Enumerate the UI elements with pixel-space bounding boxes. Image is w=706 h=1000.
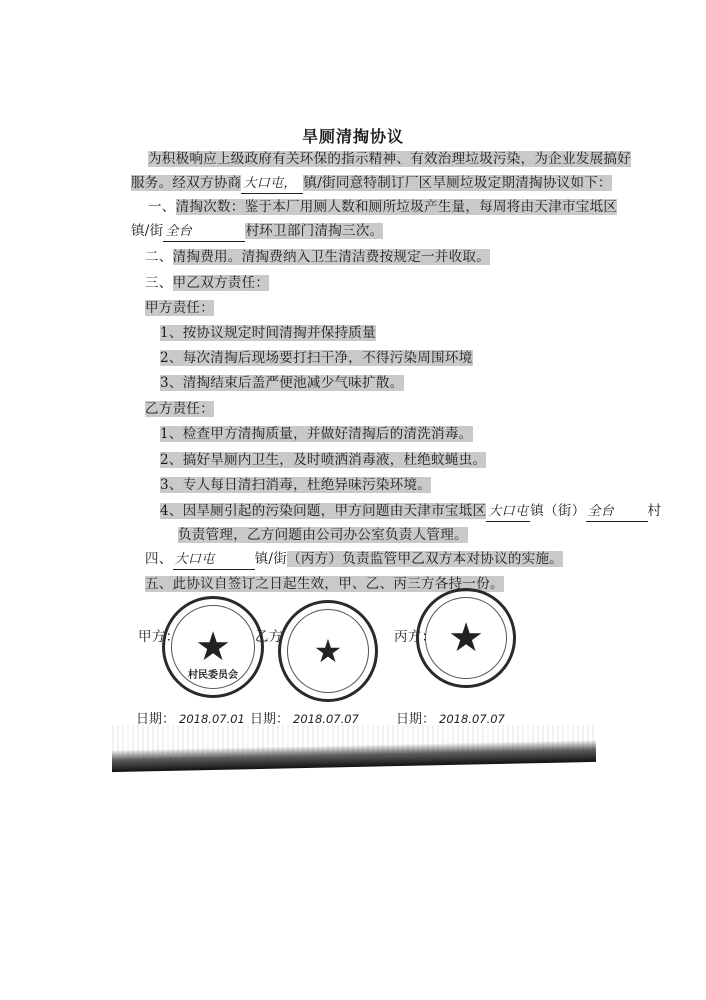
clause-1-line-2: 镇/街全台村环卫部门清掏三次。 (131, 222, 383, 242)
party-b-heading: 乙方责任： (145, 400, 214, 418)
preamble-line-1: 为积极响应上级政府有关环保的指示精神、有效治理垃圾污染，为企业发展搞好 (148, 150, 631, 168)
clause-1-line-1: 一、清掏次数：鉴于本厂用厕人数和厕所垃圾产生量，每周将由天津市宝坻区 (148, 198, 617, 216)
party-b-item-4: 4、因旱厕引起的污染问题，甲方问题由天津市宝坻区大口屯镇（街）全台村 (160, 502, 661, 522)
party-c-stamp: ★ (416, 588, 516, 688)
scanned-document: 旱厕清掏协议 为积极响应上级政府有关环保的指示精神、有效治理垃圾污染，为企业发展… (0, 0, 706, 1000)
clause-2: 二、清掏费用。清掏费纳入卫生清洁费按规定一并收取。 (145, 248, 490, 266)
party-a-stamp: ★ 村民委员会 (162, 596, 264, 698)
party-b-item-3: 3、专人每日清扫消毒，杜绝异味污染环境。 (160, 476, 431, 494)
handwritten-town-3: 大口屯 (173, 551, 255, 570)
clause-3-heading: 三、甲乙双方责任： (145, 274, 269, 292)
party-b-item-2: 2、搞好旱厕内卫生，及时喷洒消毒液，杜绝蚊蝇虫。 (160, 451, 486, 469)
document-title: 旱厕清掏协议 (0, 124, 706, 147)
handwritten-village-2: 全台 (586, 503, 648, 522)
clause-1-heading: 清掏次数： (176, 199, 245, 215)
party-b-stamp: ★ (278, 600, 378, 702)
handwritten-town-2: 大口屯 (486, 503, 530, 522)
party-b-item-4-line-2: 负责管理，乙方问题由公司办公室负责人管理。 (178, 526, 468, 544)
party-a-item-1: 1、按协议规定时间清掏并保持质量 (160, 324, 376, 342)
party-b-item-1: 1、检查甲方清掏质量，并做好清掏后的清洗消毒。 (160, 425, 473, 443)
party-a-item-3: 3、清掏结束后盖严便池减少气味扩散。 (160, 374, 404, 392)
clause-4: 四、大口屯镇/街（丙方）负责监管甲乙双方本对协议的实施。 (145, 550, 563, 570)
handwritten-village: 全台 (163, 223, 245, 242)
preamble-line-2: 服务。经双方协商大口屯，镇/街同意特制订厂区旱厕垃圾定期清掏协议如下： (131, 174, 612, 194)
party-a-heading: 甲方责任： (145, 299, 214, 317)
party-a-item-2: 2、每次清掏后现场要打扫干净，不得污染周围环境 (160, 349, 473, 367)
handwritten-town: 大口屯， (241, 175, 303, 194)
